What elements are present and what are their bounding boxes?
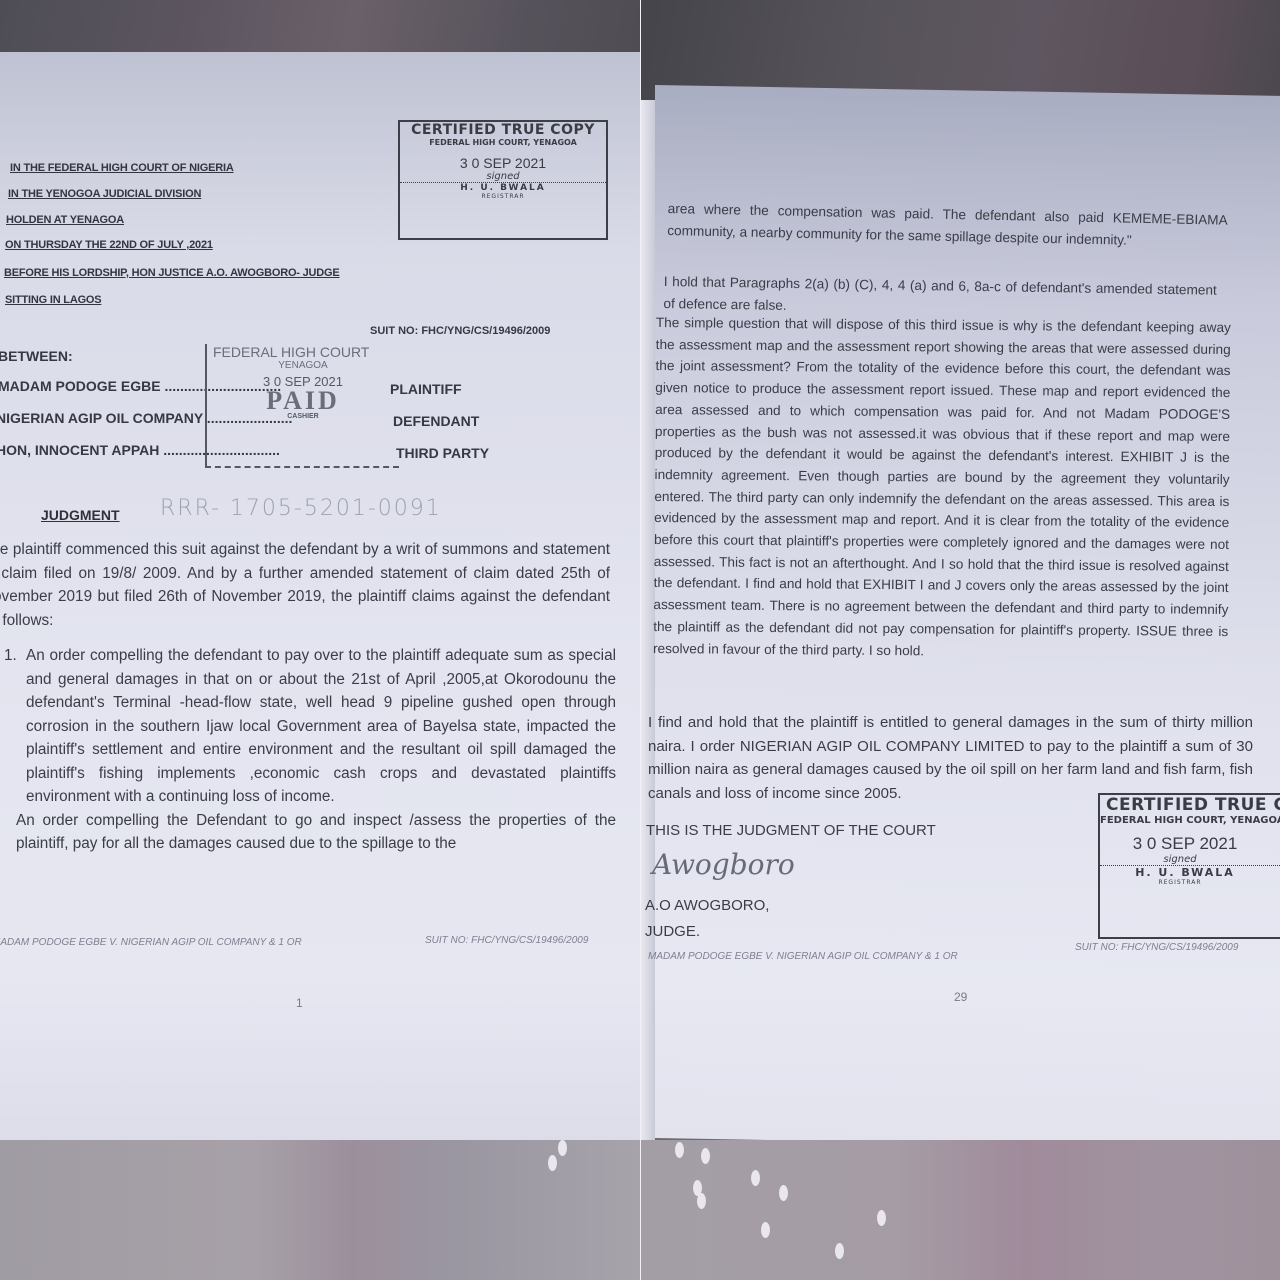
background-fabric [641, 1140, 1280, 1280]
claim-number: 1. [4, 644, 17, 668]
stamp-title: CERTIFIED TRUE COPY [400, 122, 606, 138]
background-fabric [0, 0, 640, 60]
stamp-registrar-role: REGISTRAR [1100, 879, 1280, 886]
court-header-line: ON THURSDAY THE 22ND OF JULY ,2021 [5, 239, 213, 251]
certified-true-copy-stamp: CERTIFIED TRUE COPY FEDERAL HIGH COURT, … [1098, 793, 1280, 939]
intro-text: The plaintiff commenced this suit agains… [0, 538, 610, 632]
paragraph: The simple question that will dispose of… [653, 312, 1231, 664]
stamp-registrar-name: H. U. BWALA [1100, 865, 1280, 879]
claim-item: 2. An order compelling the Defendant to … [0, 809, 616, 856]
stamp-date: 3 0 SEP 2021 [400, 155, 606, 171]
stamp-title: CERTIFIED TRUE COPY [1100, 795, 1280, 815]
footer-case-title: MADAM PODOGE EGBE V. NIGERIAN AGIP OIL C… [648, 951, 958, 962]
paragraph-third-issue: The simple question that will dispose of… [653, 312, 1231, 670]
claim-text: An order compelling the defendant to pay… [26, 647, 616, 805]
judge-signature: Awogboro [652, 848, 795, 881]
court-header-line: SITTING IN LAGOS [5, 294, 101, 306]
footer-suit-number: SUIT NO: FHC/YNG/CS/19496/2009 [425, 935, 588, 946]
handwritten-receipt-ref: RRR- 1705-5201-0091 [160, 496, 442, 521]
claim-text: An order compelling the Defendant to go … [16, 812, 616, 853]
certified-true-copy-stamp: CERTIFIED TRUE COPY FEDERAL HIGH COURT, … [398, 120, 608, 240]
court-header-line: BEFORE HIS LORDSHIP, HON JUSTICE A.O. AW… [4, 267, 340, 279]
photo-page-1: IN THE FEDERAL HIGH COURT OF NIGERIA IN … [0, 0, 640, 1280]
party-role: DEFENDANT [393, 413, 479, 429]
closing-statement: THIS IS THE JUDGMENT OF THE COURT [646, 820, 936, 842]
footer-suit-number: SUIT NO: FHC/YNG/CS/19496/2009 [1075, 942, 1238, 953]
stamp-signature: signed [1100, 854, 1280, 865]
footer-case-title: MADAM PODOGE EGBE V. NIGERIAN AGIP OIL C… [0, 937, 302, 948]
stamp-date: 3 0 SEP 2021 [1100, 834, 1280, 854]
stamp-registrar-name: H. U. BWALA [400, 182, 606, 193]
suit-number: SUIT NO: FHC/YNG/CS/19496/2009 [370, 325, 550, 337]
party-role: THIRD PARTY [396, 445, 489, 461]
party-role: PLAINTIFF [390, 381, 462, 397]
court-header-line: HOLDEN AT YENAGOA [6, 214, 124, 226]
page-number: 1 [296, 996, 303, 1010]
paid-stamp-court: FEDERAL HIGH COURT [207, 344, 399, 360]
court-header-line: IN THE FEDERAL HIGH COURT OF NIGERIA [10, 162, 234, 174]
claim-item: 1. An order compelling the defendant to … [2, 644, 616, 809]
court-header-line: IN THE YENOGOA JUDICIAL DIVISION [8, 188, 201, 200]
judgment-heading: JUDGMENT [41, 507, 120, 523]
stamp-registrar-role: REGISTRAR [400, 193, 606, 200]
paragraph: I find and hold that the plaintiff is en… [648, 711, 1253, 805]
page-number: 29 [954, 990, 967, 1004]
paid-stamp-cashier: CASHIER [207, 413, 399, 420]
judge-title: JUDGE. [645, 921, 700, 943]
paid-stamp-location: YENAGOA [207, 360, 399, 371]
stamp-signature: signed [400, 171, 606, 182]
claims-list: 1. An order compelling the defendant to … [2, 644, 616, 856]
stamp-court: FEDERAL HIGH COURT, YENAGOA [1100, 815, 1280, 826]
between-label: BETWEEN: [0, 348, 73, 364]
paid-stamp: FEDERAL HIGH COURT YENAGOA 3 0 SEP 2021 … [205, 344, 399, 468]
stamp-court: FEDERAL HIGH COURT, YENAGOA [400, 138, 606, 147]
background-fabric [0, 1140, 640, 1280]
paid-stamp-label: PAID [207, 389, 399, 413]
judge-name: A.O AWOGBORO, [645, 895, 769, 917]
intro-paragraph: The plaintiff commenced this suit agains… [0, 538, 610, 632]
